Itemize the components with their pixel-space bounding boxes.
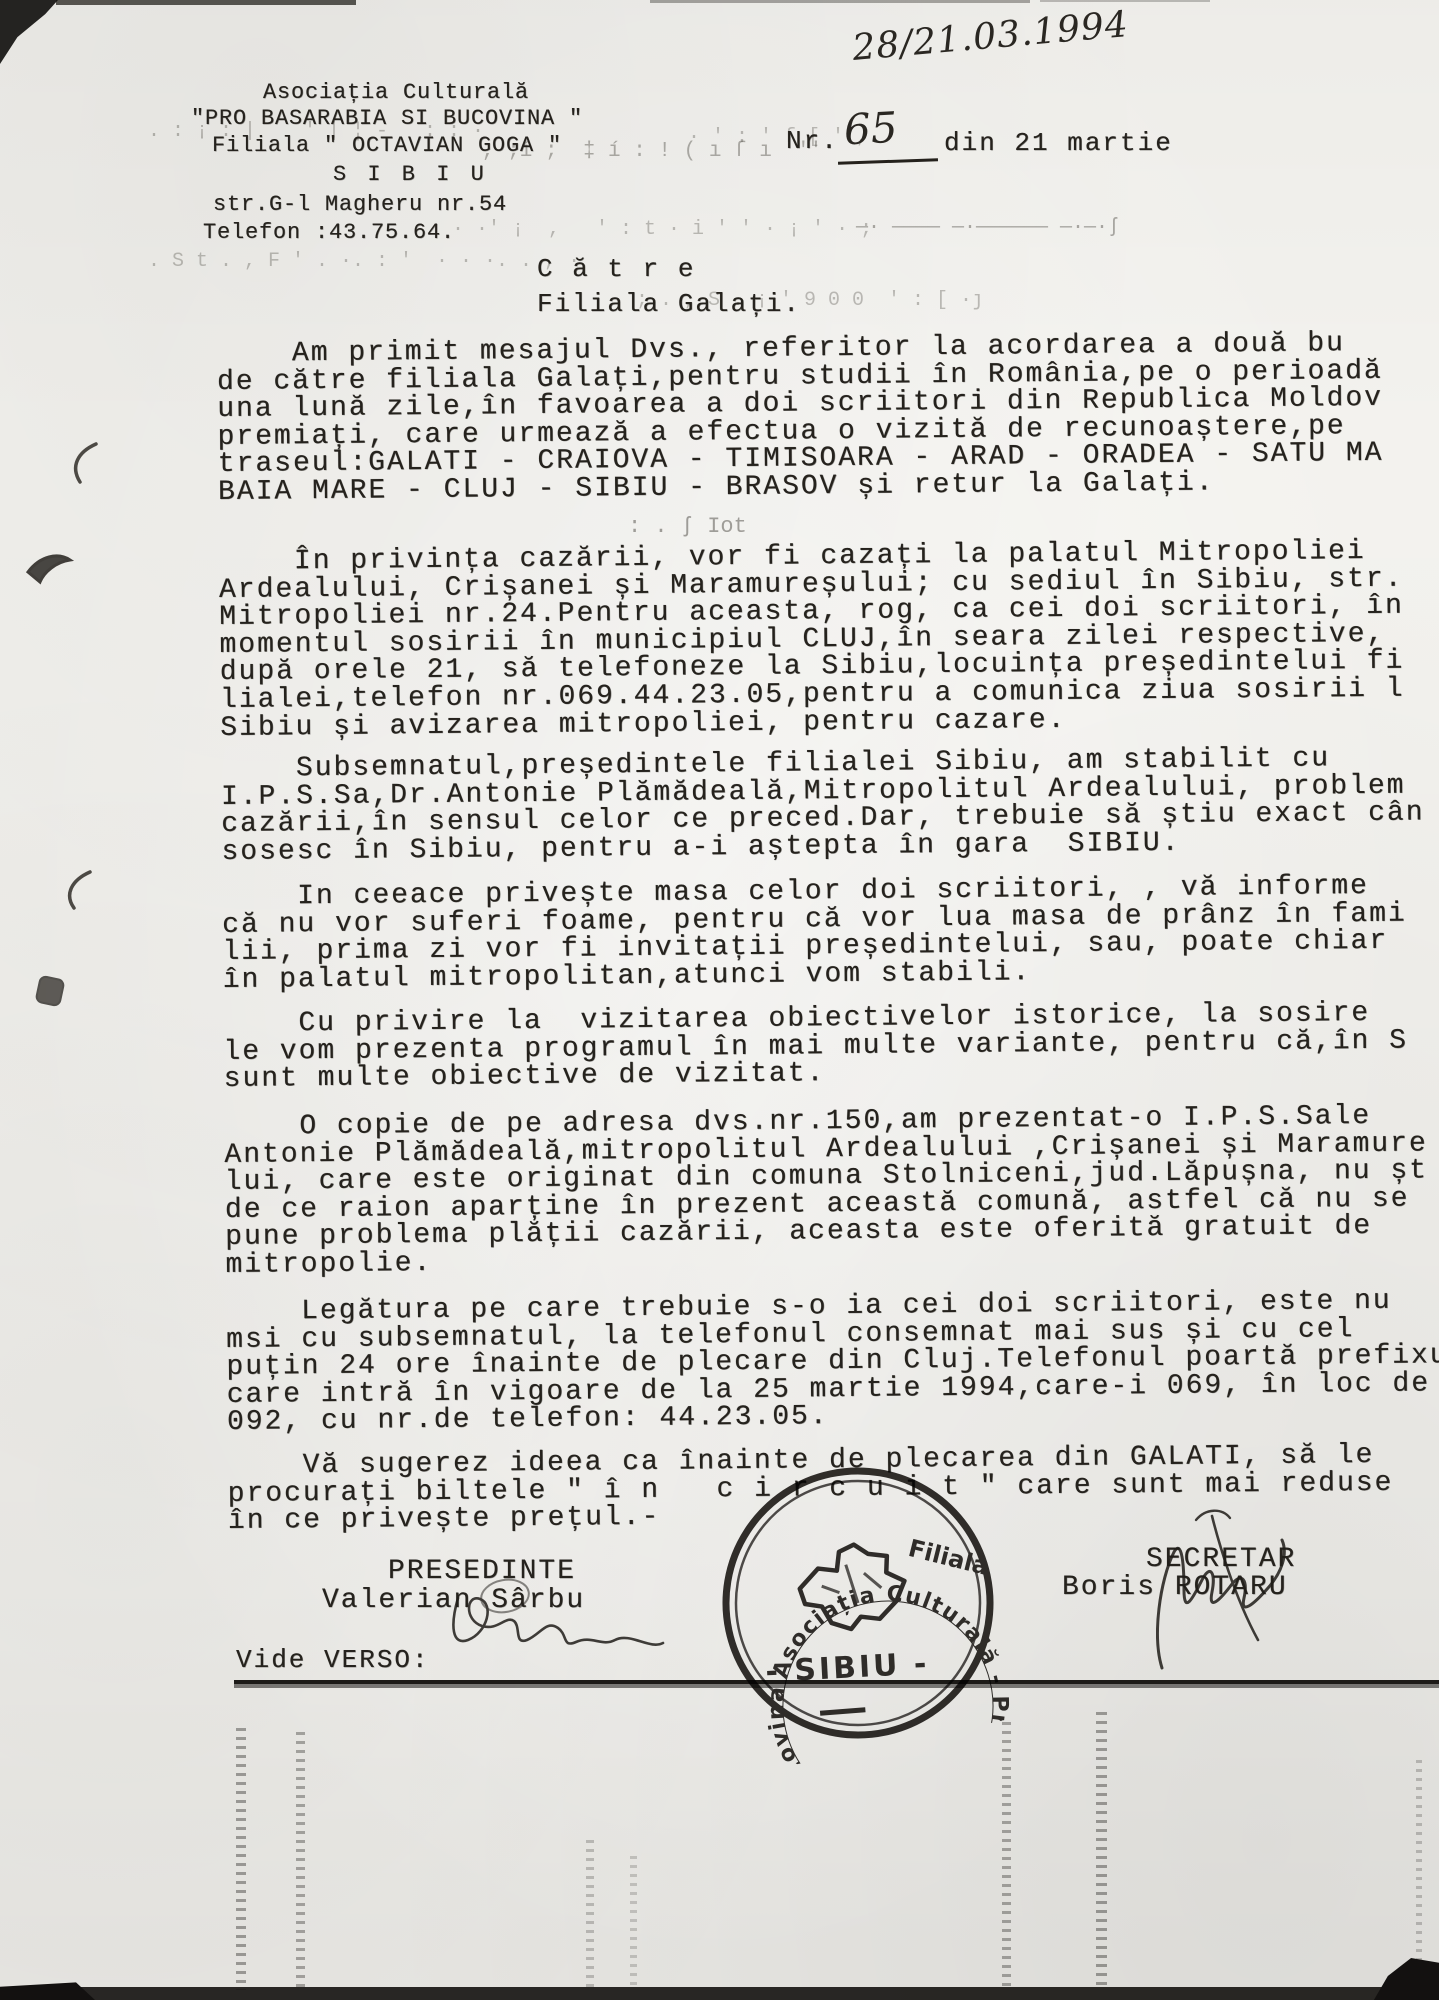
dust-streak [236, 1728, 246, 1990]
president-title: PRESEDINTE [388, 1556, 576, 1587]
ghost-mark: · ' : ' ſ [ ' , [688, 126, 868, 149]
stamp-dash [820, 1704, 865, 1719]
paragraph: Cu privire la vizitarea obiectivelor ist… [223, 1000, 1408, 1094]
registry-label: Nr. [786, 126, 839, 156]
stamp-filiala-text: Filiala [906, 1534, 992, 1581]
scan-edge-line [650, 0, 1030, 3]
margin-hook-icon [70, 872, 90, 908]
secretary-title: SECRETAR [1146, 1544, 1296, 1575]
ghost-mark: . S t . , F ' . ·. : ' · · ·. . , · [148, 250, 580, 273]
letterhead-name: "PRO BASARABIA SI BUCOVINA " [191, 106, 583, 131]
addressee-catre: C ă t r e [537, 254, 695, 284]
dust-streak [1096, 1712, 1107, 1990]
ghost-mark: —· ―――— —·—――――― ―·—·ʃ [856, 216, 1120, 239]
paragraph: O copie de pe adresa dvs.nr.150,am preze… [224, 1102, 1429, 1279]
dust-streak [296, 1732, 305, 1990]
dust-streak [586, 1840, 594, 1990]
secretary-name: Boris ROTARU [1062, 1572, 1288, 1603]
handwritten-registry-number: 65 [843, 103, 899, 155]
paragraph: Legătura pe care trebuie s-o ia cei doi … [226, 1287, 1439, 1437]
president-name: Valerian Sârbu [322, 1585, 585, 1616]
round-stamp: Asociația Culturală - Pro Basarabia și B… [686, 1431, 1030, 1775]
letterhead-city: S I B I U [333, 162, 488, 187]
ghost-mark: : . ʃ Iot [628, 514, 747, 539]
scan-blot [0, 1978, 95, 2000]
paragraph: Subsemnatul,președintele filialei Sibiu,… [221, 744, 1425, 866]
letterhead-phone: Telefon :43.75.64. [203, 220, 455, 245]
dust-streak [1416, 1760, 1422, 1960]
stamp-city-text: - SIBIU - [765, 1646, 931, 1690]
registry-date-text: din 21 martie [944, 128, 1173, 158]
registry-underline [838, 158, 938, 164]
paragraph: În privința cazării, vor fi cazați la pa… [219, 538, 1405, 743]
dust-streak [1002, 1722, 1011, 1990]
paragraph: Am primit mesajul Dvs., referitor la aco… [217, 330, 1384, 507]
dust-streak [630, 1856, 637, 1990]
margin-hook-icon [28, 556, 70, 582]
scanned-letter-page: . : ¡ : | ' | ¦ - : : ·, ;í ; ‡ í : ! ( … [0, 0, 1439, 2000]
addressee-filiala: Filiala Galați. [537, 289, 801, 319]
scan-edge-line [56, 0, 356, 5]
margin-hook-icon [76, 444, 96, 482]
scan-edge-line [1040, 0, 1210, 2]
ghost-mark: · ·' ¡ , ' : t · i ' ' · ¡ ' · ; [452, 218, 872, 241]
letterhead-branch: Filiala " OCTAVIAN GOGA " [212, 133, 562, 158]
scan-bottom-band [0, 1987, 1439, 2000]
margin-blot-icon [36, 976, 65, 1006]
letterhead-org: Asociația Culturală [263, 80, 529, 105]
paragraph: In ceeace privește masa celor doi scriit… [222, 873, 1408, 995]
letterhead-address: str.G-l Magheru nr.54 [213, 192, 507, 217]
scan-corner-artifact [0, 0, 58, 64]
handwritten-date: 28/21.03.1994 [851, 4, 1131, 69]
